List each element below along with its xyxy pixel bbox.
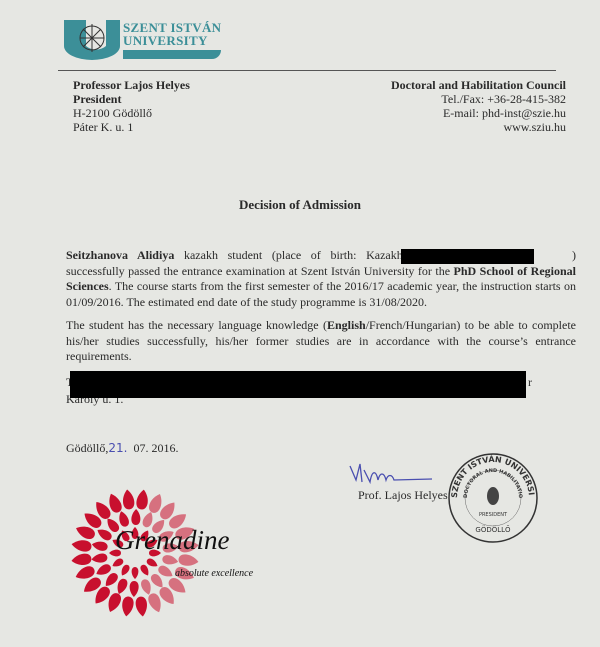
university-name: SZENT ISTVÁN UNIVERSITY <box>123 21 221 47</box>
official-stamp-icon: SZENT ISTVÁN UNIVERSITY DOCTORAL AND HAB… <box>447 452 539 544</box>
council-name: Doctoral and Habilitation Council <box>391 78 566 92</box>
council-tel: Tel./Fax: +36-28-415-382 <box>391 92 566 106</box>
document-title: Decision of Admission <box>0 197 600 213</box>
redaction-bar <box>401 249 534 264</box>
council-block: Doctoral and Habilitation Council Tel./F… <box>391 78 566 134</box>
svg-text:PRESIDENT: PRESIDENT <box>479 512 508 518</box>
sender-street: Páter K. u. 1 <box>73 120 190 134</box>
watermark-title: Grenadine <box>115 525 229 556</box>
sender-city: H-2100 Gödöllő <box>73 106 190 120</box>
signature-icon <box>346 460 436 490</box>
svg-text:GÖDÖLLŐ: GÖDÖLLŐ <box>475 525 511 534</box>
student-name: Seitzhanova Alidiya <box>66 248 174 262</box>
sender-role: President <box>73 92 190 106</box>
redaction-bar <box>70 371 526 398</box>
header-divider <box>58 70 556 71</box>
council-email: E-mail: phd-inst@szie.hu <box>391 106 566 120</box>
logo-bar <box>123 50 221 59</box>
sender-name: Professor Lajos Helyes <box>73 78 190 92</box>
signer-name: Prof. Lajos Helyes <box>358 488 448 503</box>
language-paragraph: The student has the necessary language k… <box>66 318 576 365</box>
place-date: Gödöllő,21. 07. 2016. <box>66 441 178 456</box>
council-web: www.sziu.hu <box>391 120 566 134</box>
watermark-subtitle: absolute excellence <box>175 568 253 579</box>
sender-block: Professor Lajos Helyes President H-2100 … <box>73 78 190 134</box>
